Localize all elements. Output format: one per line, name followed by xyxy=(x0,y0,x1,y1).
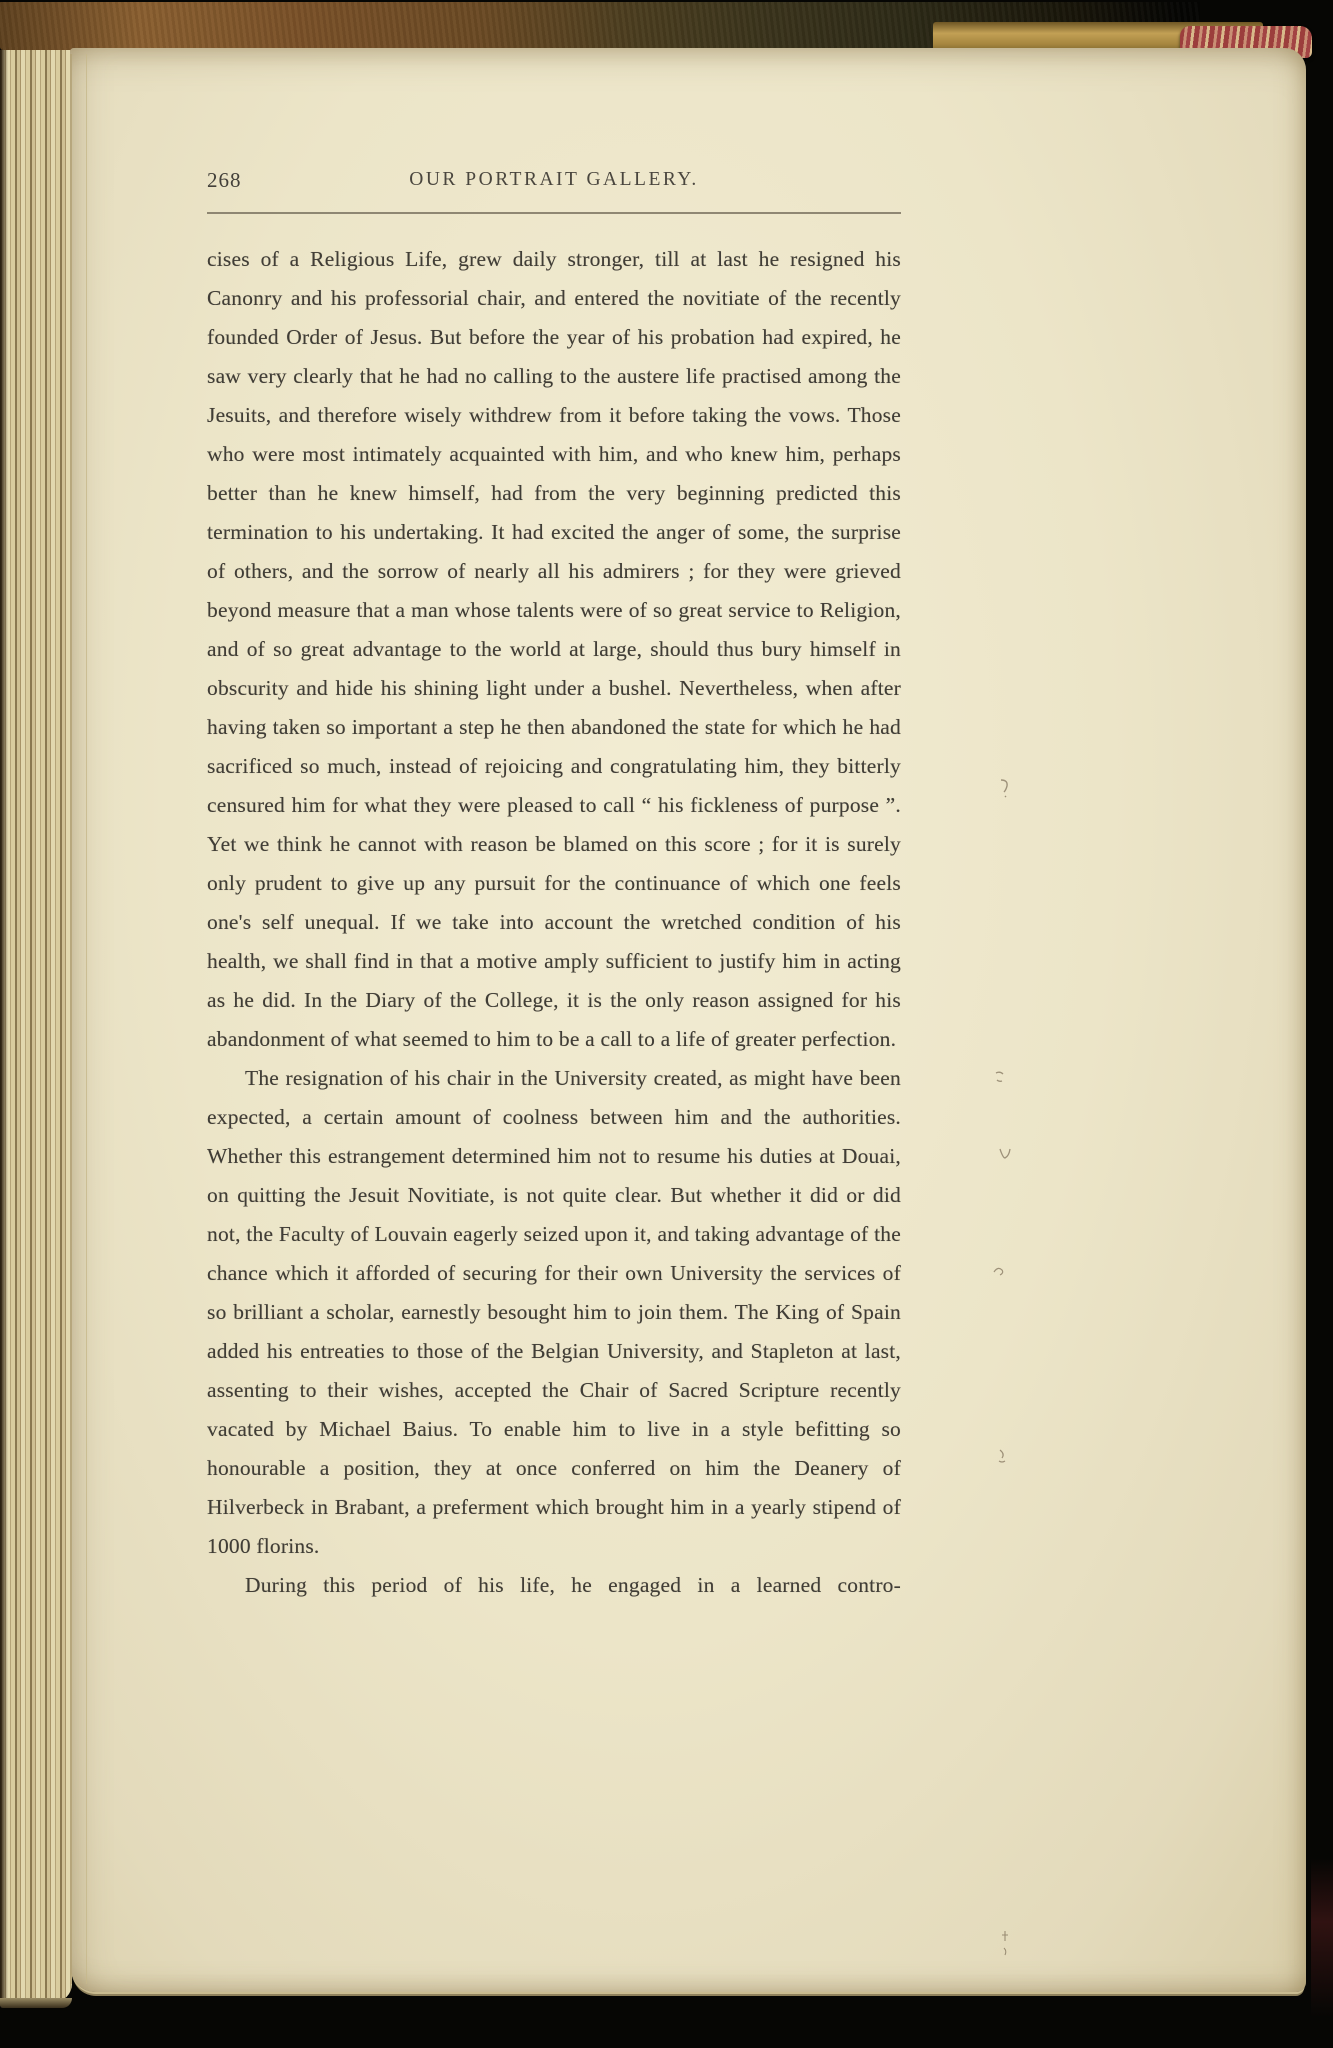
body-text: cises of a Religious Life, grew daily st… xyxy=(207,240,901,1605)
header-rule xyxy=(207,212,901,214)
pen-mark xyxy=(998,1146,1012,1162)
page-header: 268 OUR PORTRAIT GALLERY. xyxy=(207,168,901,198)
page-stack-edge xyxy=(0,50,72,2002)
pen-mark xyxy=(1000,1930,1010,1956)
book-page: 268 OUR PORTRAIT GALLERY. cises of a Rel… xyxy=(70,48,1306,1992)
paragraph: cises of a Religious Life, grew daily st… xyxy=(207,240,901,1059)
pen-mark xyxy=(996,1448,1008,1464)
paragraph: During this period of his life, he engag… xyxy=(207,1566,901,1605)
text-column: 268 OUR PORTRAIT GALLERY. cises of a Rel… xyxy=(207,168,901,1605)
pen-mark xyxy=(992,1264,1006,1278)
book-photo: 268 OUR PORTRAIT GALLERY. cises of a Rel… xyxy=(0,0,1333,2048)
book-cover-sliver xyxy=(1311,1858,1333,2018)
page-edge-lines xyxy=(70,54,87,1984)
paragraph: The resignation of his chair in the Univ… xyxy=(207,1059,901,1566)
running-title: OUR PORTRAIT GALLERY. xyxy=(207,169,901,191)
pen-mark xyxy=(994,1070,1006,1084)
pen-mark xyxy=(998,778,1012,798)
